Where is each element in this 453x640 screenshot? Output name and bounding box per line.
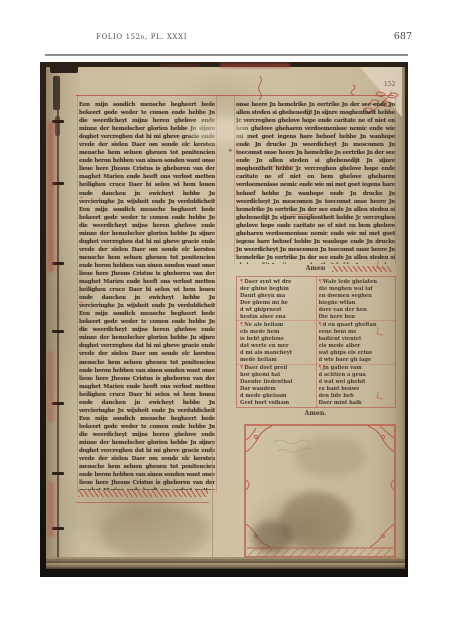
red-margin-mark (376, 261, 384, 269)
paraph-mark-icon: ¶ (319, 279, 322, 285)
verse-line: is hebt ghelone (240, 336, 314, 343)
asterisk-mark: ✳ (228, 148, 232, 154)
paraph-mark-icon: ¶ (240, 322, 243, 328)
header-rule (45, 54, 408, 56)
parchment-stain (190, 117, 250, 143)
text-column-left: Een mijn sondich mensche begheert bede b… (79, 101, 215, 490)
red-gutter-smudge (48, 352, 54, 422)
verse-line: en doemen seghen (319, 293, 393, 300)
verse-block: ¶Daer doet preilhor ghemi halDaenhe lied… (240, 365, 314, 405)
verse-line: els mede hem (240, 329, 314, 336)
text-column-right: onse heere Jn hemelrike Jn eertrike Jn d… (236, 101, 395, 264)
verse-line: d achtien a geua (319, 372, 393, 379)
book-edge-strata (46, 557, 405, 569)
verse-table: ¶Daer synt wt dreder ghine beghinDauit g… (236, 276, 396, 408)
verse-line: Gest hort volham (240, 400, 314, 405)
verse-line: ¶Daer synt wt dre (240, 279, 314, 286)
book-page: { "page": { "header": { "caption": "FOLI… (0, 0, 453, 640)
plate-caption: FOLIO 152r, PL. XXXI (96, 33, 187, 41)
parchment-stain (252, 520, 292, 554)
red-margin-mark (376, 391, 384, 399)
parchment-stain (100, 504, 210, 559)
verse-line: Dauit gheyn ma (240, 293, 314, 300)
verse-line: dat werte en mer (240, 343, 314, 350)
binding-thread (57, 90, 59, 560)
red-ruling-vertical (216, 95, 217, 493)
verse-block: ¶Wale lede ghelatendie moghen wal lafen … (319, 279, 393, 319)
red-ruling-line (236, 364, 396, 365)
verse-line: ¶Wale lede ghelaten (319, 279, 393, 286)
red-gutter-smudge (48, 482, 54, 537)
red-top-smear (220, 63, 290, 68)
folio-number: 152 (384, 81, 395, 88)
verse-line: Dor ghemi mi he (240, 300, 314, 307)
verse-line: hor ghemi hal (240, 372, 314, 379)
page-crease (212, 442, 213, 558)
verse-line: Daer mint halk (319, 400, 393, 405)
verse-block: ¶Ne als hellamels mede hemis hebt ghelon… (240, 322, 314, 362)
verse-line: d mede ghelsam (240, 393, 314, 400)
paraph-mark-icon: ¶ (319, 365, 322, 371)
verse-line: d wte baer gh lage (319, 357, 393, 362)
verse-line: Daenhe liedenthal (240, 379, 314, 386)
page-number: 687 (390, 31, 412, 42)
paraph-mark-icon: ¶ (240, 279, 243, 285)
red-gutter-smudge (48, 122, 54, 272)
red-underline (290, 214, 314, 215)
paraph-mark-icon: ¶ (319, 322, 322, 328)
verse-line: hestin alser ena (240, 314, 314, 319)
parchment-stain (295, 437, 365, 477)
red-ruling-line (76, 502, 209, 503)
verse-line: Die here ben (319, 314, 393, 319)
verse-line: doer van der hen (319, 307, 393, 314)
line-filler-hatch (78, 490, 208, 497)
verse-line: d mi als mancheyt (240, 350, 314, 357)
red-margin-mark (376, 327, 384, 335)
verse-line: d wt ghiprnest (240, 307, 314, 314)
red-ruling-vertical (77, 95, 78, 493)
verse-line: mede hellam (240, 357, 314, 362)
paraph-mark-icon: ¶ (240, 365, 243, 371)
verse-line: wat ghips els erlue (319, 350, 393, 357)
verse-line: d wat wel ghehit (319, 379, 393, 386)
verse-block: ¶Daer synt wt dreder ghine beghinDauit g… (240, 279, 314, 319)
sewing-stitch (52, 472, 64, 475)
red-ruling-line (236, 320, 396, 321)
verse-line: ¶Ne als hellam (240, 322, 314, 329)
verse-line: die moghen wal laf (319, 286, 393, 293)
verse-line: hieghe wtlan (319, 300, 393, 307)
manuscript-photo: 152 Een mijn sondich mensche begheert be… (40, 62, 408, 577)
verse-line: Dar wandem (240, 386, 314, 393)
verse-line: der ghine beghin (240, 286, 314, 293)
verse-line: ¶Jn gallen vam (319, 365, 393, 372)
red-tick (80, 302, 83, 303)
verse-line: badient vieniet (319, 336, 393, 343)
red-underline (267, 166, 297, 167)
red-tick (80, 197, 83, 198)
verse-line: ¶Daer doet preil (240, 365, 314, 372)
binding-tatter (50, 64, 78, 73)
verse-line: els mede alber (319, 343, 393, 350)
sewing-stitch (52, 330, 64, 333)
amen-word: Amen. (236, 410, 395, 417)
red-top-smear (160, 64, 200, 67)
